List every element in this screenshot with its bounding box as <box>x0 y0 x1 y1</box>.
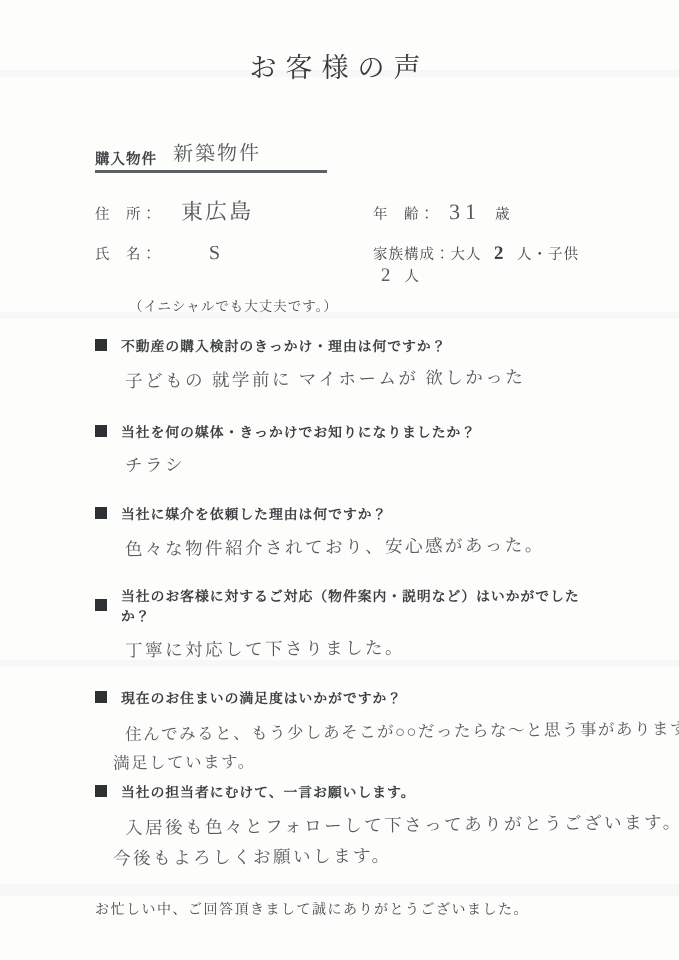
question-line: 当社を何の媒体・きっかけでお知りになりましたか？ <box>95 421 607 441</box>
age-field: 年 齢： 31 歳 <box>373 199 607 225</box>
handwritten-answer: 入居後も色々とフォローして下さってありがとうございます。 今後もよろしくお願いし… <box>125 812 607 869</box>
name-handwritten-value: S <box>209 242 222 265</box>
question-line: 当社のお客様に対するご対応（物件案内・説明など）はいかがでしたか？ <box>95 585 607 625</box>
question-block-satisfaction: 現在のお住まいの満足度はいかがですか？ 住んでみると、もう少しあそこが○○だった… <box>95 687 607 773</box>
closing-thanks-text: お忙しい中、ご回答頂きまして誠にありがとうございました。 <box>95 899 607 919</box>
family-field: 家族構成：大人 2 人・子供 2 人 <box>373 243 607 287</box>
bullet-square-icon <box>95 425 107 437</box>
answer-line: チラシ <box>125 452 185 478</box>
handwritten-answer: 子どもの 就学前に マイホームが 欲しかった <box>125 366 607 391</box>
answer-line: 丁寧に対応して下さりました。 <box>125 635 405 663</box>
answer-line: 子どもの 就学前に マイホームが 欲しかった <box>125 364 526 393</box>
question-line: 当社の担当者にむけて、一言お願いします。 <box>95 781 607 801</box>
question-label: 現在のお住まいの満足度はいかがですか？ <box>121 687 402 707</box>
answer-line: 今後もよろしくお願いします。 <box>113 843 392 871</box>
family-unit-label: 人 <box>405 269 421 285</box>
family-between-label: 人・子供 <box>517 247 579 263</box>
answer-line: 色々な物件紹介されており、安心感があった。 <box>125 532 545 561</box>
form-content: 購入物件 新築物件 住 所： 東広島 年 齢： 31 歳 氏 名： S <box>0 131 679 919</box>
bullet-square-icon <box>95 785 107 797</box>
bullet-square-icon <box>95 599 107 611</box>
family-label: 家族構成：大人 <box>373 247 482 263</box>
question-block-purchase-reason: 不動産の購入検討のきっかけ・理由は何ですか？ 子どもの 就学前に マイホームが … <box>95 335 607 391</box>
page-title: お客様の声 <box>0 0 679 85</box>
name-family-row: 氏 名： S 家族構成：大人 2 人・子供 2 人 <box>95 242 607 287</box>
handwritten-answer: 丁寧に対応して下さりました。 <box>125 636 607 661</box>
handwritten-answer: 住んでみると、もう少しあそこが○○だったらな～と思う事がありますが 満足していま… <box>125 718 607 773</box>
question-line: 現在のお住まいの満足度はいかがですか？ <box>95 687 607 707</box>
address-label: 住 所： <box>95 207 157 223</box>
bullet-square-icon <box>95 691 107 703</box>
question-label: 不動産の購入検討のきっかけ・理由は何ですか？ <box>121 335 447 355</box>
answer-line: 入居後も色々とフォローして下さってありがとうございます。 <box>125 809 679 840</box>
question-label: 当社のお客様に対するご対応（物件案内・説明など）はいかがでしたか？ <box>121 585 607 625</box>
question-block-brokerage-reason: 当社に媒介を依頼した理由は何ですか？ 色々な物件紹介されており、安心感があった。 <box>95 503 607 559</box>
purchase-property-label: 購入物件 <box>95 148 157 169</box>
address-field: 住 所： 東広島 <box>95 195 373 226</box>
question-label: 当社に媒介を依頼した理由は何ですか？ <box>121 503 387 523</box>
bullet-square-icon <box>95 507 107 519</box>
scanned-feedback-form: お客様の声 購入物件 新築物件 住 所： 東広島 年 齢： 31 歳 氏 名： <box>0 0 679 960</box>
answer-line: 満足しています。 <box>113 748 256 773</box>
age-handwritten-value: 31 <box>449 199 481 225</box>
handwritten-answer: チラシ <box>125 452 607 477</box>
personal-info-section: 住 所： 東広島 年 齢： 31 歳 氏 名： S 家族構成：大人 2 人・子供 <box>95 195 607 315</box>
handwritten-answer: 色々な物件紹介されており、安心感があった。 <box>125 534 607 559</box>
age-label: 年 齢： <box>373 207 435 223</box>
address-age-row: 住 所： 東広島 年 齢： 31 歳 <box>95 195 607 226</box>
family-children-handwritten-value: 2 <box>381 265 393 287</box>
address-handwritten-value: 東広島 <box>181 195 253 227</box>
question-label: 当社の担当者にむけて、一言お願いします。 <box>121 781 416 801</box>
answer-line: 住んでみると、もう少しあそこが○○だったらな～と思う事がありますが <box>125 715 679 745</box>
name-field: 氏 名： S <box>95 242 373 265</box>
question-label: 当社を何の媒体・きっかけでお知りになりましたか？ <box>121 421 476 441</box>
question-block-service-quality: 当社のお客様に対するご対応（物件案内・説明など）はいかがでしたか？ 丁寧に対応し… <box>95 585 607 661</box>
question-block-media-source: 当社を何の媒体・きっかけでお知りになりましたか？ チラシ <box>95 421 607 477</box>
question-line: 不動産の購入検討のきっかけ・理由は何ですか？ <box>95 335 607 355</box>
family-adults-handwritten-value: 2 <box>493 243 505 265</box>
purchase-property-field: 購入物件 新築物件 <box>95 131 327 173</box>
question-block-message-to-agent: 当社の担当者にむけて、一言お願いします。 入居後も色々とフォローして下さってあり… <box>95 781 607 869</box>
bullet-square-icon <box>95 339 107 351</box>
question-line: 当社に媒介を依頼した理由は何ですか？ <box>95 503 607 523</box>
name-label: 氏 名： <box>95 247 157 263</box>
age-unit: 歳 <box>495 207 511 223</box>
purchase-property-handwritten-value: 新築物件 <box>173 137 261 167</box>
name-initial-note: （イニシャルでも大丈夫です。） <box>129 295 607 315</box>
